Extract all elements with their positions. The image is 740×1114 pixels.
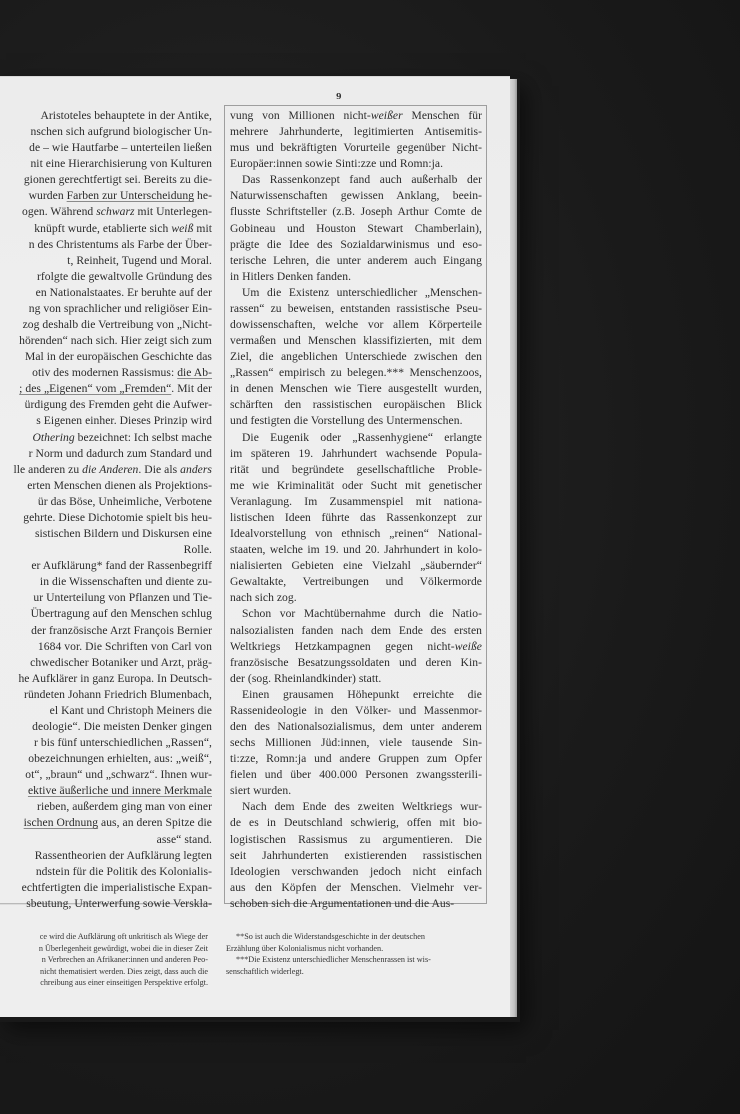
text-line: nit eine Hierarchisierung von Kulturen xyxy=(0,156,212,172)
text-line: chreibung aus einer einseitigen Perspekt… xyxy=(0,977,208,989)
text-segment: vermaßen und Menschen klassifizierten, m… xyxy=(230,334,482,347)
italic-phrase: schwarz xyxy=(96,205,134,218)
text-segment: schoben sich die Argumentationen und die… xyxy=(230,897,454,910)
text-line: Ideologien verschwanden jedoch nicht ein… xyxy=(230,864,482,880)
text-line: t, Reinheit, Tugend und Moral. xyxy=(0,253,212,269)
text-line: en Nationalstaates. Er beruhte auf der xyxy=(0,285,212,301)
text-segment: ürdigung des Fremden geht die Aufwer- xyxy=(25,398,212,411)
underlined-phrase: ischen Ordnung xyxy=(24,816,98,829)
text-line: mus und bekräftigten Vorurteile gegenübe… xyxy=(230,140,482,156)
italic-phrase: weißer xyxy=(371,109,403,122)
text-line: erten Menschen dienen als Projektions- xyxy=(0,478,212,494)
text-segment: Rolle. xyxy=(184,543,212,556)
text-line: in die Wissenschaften und diente zu- xyxy=(0,574,212,590)
text-segment: schärften den rassistischen europäischen… xyxy=(230,398,482,411)
text-segment: Menschen für xyxy=(403,109,482,122)
text-segment: Erzählung über Kolonialismus nicht vorha… xyxy=(226,944,383,953)
text-line: ektive äußerliche und innere Merkmale xyxy=(0,783,212,799)
text-line: und festigten die Vorstellung des Unterm… xyxy=(230,413,482,429)
text-line: prägte die Idee des Sozialdarwinismus un… xyxy=(230,237,482,253)
text-segment: chwedischer Botaniker und Arzt, präg- xyxy=(30,656,212,669)
text-segment: nalsozialisten fanden nach dem Ende des … xyxy=(230,624,482,637)
text-segment: Rassenideologie in den Völker- und Masse… xyxy=(230,704,482,717)
text-segment: de es in Deutschland schwierig, offen mi… xyxy=(230,816,482,829)
text-line: rfolgte die gewaltvolle Gründung des xyxy=(0,269,212,285)
text-line: in Hitlers Denken fanden. xyxy=(230,269,482,285)
text-segment: logistischen Rassismus zu argumentieren.… xyxy=(230,833,482,846)
text-line: Nach dem Ende des zweiten Weltkriegs wur… xyxy=(230,799,482,815)
text-line: n Verbrechen an Afrikaner:innen und ande… xyxy=(0,954,208,966)
text-line: lle anderen zu die Anderen. Die als ande… xyxy=(0,462,212,478)
text-line: Aristoteles behauptete in der Antike, xyxy=(0,108,212,124)
text-segment: obezeichnungen erhielten, aus: „weiß“, xyxy=(28,752,212,765)
footnotes-right: **So ist auch die Widerstandsgeschichte … xyxy=(226,931,484,977)
text-segment: ründeten Johann Friedrich Blumenbach, xyxy=(24,688,212,701)
text-segment: gionen gerechtfertigt sei. Bereits zu di… xyxy=(24,173,212,186)
text-segment: dowissenschaften, welche vor allem Körpe… xyxy=(230,318,482,331)
text-line: 1684 vor. Die Schriften von Carl von xyxy=(0,639,212,655)
text-segment: sechs Millionen Jüd:innen, viele tausend… xyxy=(230,736,482,749)
text-segment: t, Reinheit, Tugend und Moral. xyxy=(67,254,212,267)
text-segment: Aristoteles behauptete in der Antike, xyxy=(40,109,212,122)
text-line: ; des „Eigenen“ vom „Fremden“. Mit der xyxy=(0,381,212,397)
text-line: el Kant und Christoph Meiners die xyxy=(0,703,212,719)
text-segment: prägte die Idee des Sozialdarwinismus un… xyxy=(230,238,482,251)
text-segment: nicht thematisiert werden. Dies zeigt, d… xyxy=(40,967,208,976)
text-line: der (sog. Rheinlandkinder) statt. xyxy=(230,671,482,687)
text-line: de es in Deutschland schwierig, offen mi… xyxy=(230,815,482,831)
italic-phrase: Othering xyxy=(32,431,74,444)
text-segment: Idealvorstellung von ethnisch „reinen“ N… xyxy=(230,527,482,540)
text-segment: he Aufklärer in ganz Europa. In Deutsch- xyxy=(18,672,212,685)
text-segment: Weltkriegs Hetzkampagnen gegen nicht- xyxy=(230,640,455,653)
text-segment: ur Unterteilung von Pflanzen und Tie- xyxy=(33,591,212,604)
text-segment: Die Eugenik oder „Rassenhygiene“ erlangt… xyxy=(242,431,482,444)
text-segment: seit Jahrhunderten existierenden rassist… xyxy=(230,849,482,862)
text-line: ndstein für die Politik des Kolonialis- xyxy=(0,864,212,880)
text-line: Europäer:innen sowie Sinti:zze und Romn:… xyxy=(230,156,482,172)
text-segment: lle anderen zu xyxy=(13,463,82,476)
text-segment: „Rassen“ empirisch zu belegen.*** Mensch… xyxy=(230,366,482,379)
text-segment: Nach dem Ende des zweiten Weltkriegs wur… xyxy=(242,800,482,813)
text-segment: flusste Schriftsteller (z.B. Joseph Arth… xyxy=(230,205,482,218)
text-line: „Rassen“ empirisch zu belegen.*** Mensch… xyxy=(230,365,482,381)
text-line: ***Die Existenz unterschiedlicher Mensch… xyxy=(226,954,484,966)
text-line: ng von sprachlicher und religiöser Ein- xyxy=(0,301,212,317)
text-segment: in die Wissenschaften und diente zu- xyxy=(40,575,212,588)
text-line: Rassentheorien der Aufklärung legten xyxy=(0,848,212,864)
text-line: ründeten Johann Friedrich Blumenbach, xyxy=(0,687,212,703)
text-segment: de – wie Hautfarbe – unterteilen ließen xyxy=(29,141,212,154)
text-segment: französische Besatzungssoldaten und dere… xyxy=(230,656,482,669)
text-segment: aus den Köpfen der Menschen. Vielmehr ve… xyxy=(230,881,482,894)
text-segment: terische Lehren, die unter anderem auch … xyxy=(230,254,482,267)
text-segment: me wie Kriminalität oder Sucht mit genet… xyxy=(230,479,482,492)
text-line: gionen gerechtfertigt sei. Bereits zu di… xyxy=(0,172,212,188)
text-segment: fielen und über 400.000 Personen zwangss… xyxy=(230,768,482,781)
text-line: in denen Menschen wie Tiere ausgestellt … xyxy=(230,381,482,397)
text-line: zog deshalb die Vertreibung von „Nicht- xyxy=(0,317,212,333)
text-segment: asse“ stand. xyxy=(157,833,212,846)
text-segment: Ziel, die angeblichen Unterschiede zwisc… xyxy=(230,350,482,363)
text-line: he Aufklärer in ganz Europa. In Deutsch- xyxy=(0,671,212,687)
text-line: er Aufklärung* fand der Rassenbegriff xyxy=(0,558,212,574)
text-segment: zog deshalb die Vertreibung von „Nicht- xyxy=(23,318,212,331)
text-segment: rieben, außerdem ging man von einer xyxy=(37,800,212,813)
text-segment: Naturwissenschaften gewissen Anklang, be… xyxy=(230,189,482,202)
text-segment: und festigten die Vorstellung des Unterm… xyxy=(230,414,463,427)
text-segment: er Aufklärung* fand der Rassenbegriff xyxy=(31,559,212,572)
text-segment: mit Unterlegen- xyxy=(135,205,212,218)
text-line: Das Rassenkonzept fand auch außerhalb de… xyxy=(230,172,482,188)
text-segment: Um die Existenz unterschiedlicher „Mensc… xyxy=(242,286,482,299)
text-segment: in denen Menschen wie Tiere ausgestellt … xyxy=(230,382,482,395)
text-segment: Das Rassenkonzept fand auch außerhalb de… xyxy=(242,173,482,186)
text-segment: im späteren 19. Jahrhundert wachsende Po… xyxy=(230,447,482,460)
text-segment: r Norm und dadurch zum Standard und xyxy=(29,447,212,460)
text-line: Rolle. xyxy=(0,542,212,558)
text-line: Erzählung über Kolonialismus nicht vorha… xyxy=(226,943,484,955)
text-segment: aus, an deren Spitze die xyxy=(98,816,212,829)
text-segment: bezeichnet: Ich selbst mache xyxy=(75,431,212,444)
text-segment: mehrere Jahrhunderte, legitimierten Anti… xyxy=(230,125,482,138)
text-line: s Eigenen einher. Dieses Prinzip wird xyxy=(0,413,212,429)
text-line: n Überlegenheit gewürdigt, wobei die in … xyxy=(0,943,208,955)
text-segment: nialisierten Gebieten eine Vielzahl „säu… xyxy=(230,559,482,572)
text-segment: ogen. Während xyxy=(22,205,96,218)
text-segment: hörenden“ nach sich. Hier zeigt sich zum xyxy=(19,334,212,347)
text-line: ürdigung des Fremden geht die Aufwer- xyxy=(0,397,212,413)
text-line: me wie Kriminalität oder Sucht mit genet… xyxy=(230,478,482,494)
underlined-phrase: Farben zur Unterscheidung xyxy=(67,189,194,202)
underlined-phrase: die Ab- xyxy=(177,366,212,379)
text-line: logistischen Rassismus zu argumentieren.… xyxy=(230,832,482,848)
text-line: Mal in der europäischen Geschichte das xyxy=(0,349,212,365)
text-line: Übertragung auf den Menschen schlug xyxy=(0,606,212,622)
text-line: Die Eugenik oder „Rassenhygiene“ erlangt… xyxy=(230,430,482,446)
text-segment: vung von Millionen nicht- xyxy=(230,109,371,122)
text-line: Gobineau und Houston Stewart Chamberlain… xyxy=(230,221,482,237)
text-segment: in Hitlers Denken fanden. xyxy=(230,270,351,283)
text-line: otiv des modernen Rassismus: die Ab- xyxy=(0,365,212,381)
italic-phrase: weiße xyxy=(455,640,482,653)
text-line: fielen und über 400.000 Personen zwangss… xyxy=(230,767,482,783)
text-line: flusste Schriftsteller (z.B. Joseph Arth… xyxy=(230,204,482,220)
text-line: Ziel, die angeblichen Unterschiede zwisc… xyxy=(230,349,482,365)
text-segment: n Verbrechen an Afrikaner:innen und ande… xyxy=(42,955,208,964)
text-line: nach sich zog. xyxy=(230,590,482,606)
text-segment: Rassentheorien der Aufklärung legten xyxy=(35,849,212,862)
text-segment: he- xyxy=(194,189,212,202)
text-segment: erten Menschen dienen als Projektions- xyxy=(27,479,212,492)
text-line: n des Christentums als Farbe der Über- xyxy=(0,237,212,253)
text-segment: ce wird die Aufklärung oft unkritisch al… xyxy=(40,932,208,941)
text-line: rassen“ zu beweisen, entstanden rassisti… xyxy=(230,301,482,317)
book-page: 9 Aristoteles behauptete in der Antike,n… xyxy=(0,76,510,1017)
text-line: rieben, außerdem ging man von einer xyxy=(0,799,212,815)
text-segment: ndstein für die Politik des Kolonialis- xyxy=(36,865,212,878)
underlined-phrase: ; des „Eigenen“ vom „Fremden“ xyxy=(19,382,171,395)
text-line: schärften den rassistischen europäischen… xyxy=(230,397,482,413)
text-line: ischen Ordnung aus, an deren Spitze die xyxy=(0,815,212,831)
text-segment: Ideologien verschwanden jedoch nicht ein… xyxy=(230,865,482,878)
left-column-text: Aristoteles behauptete in der Antike,nsc… xyxy=(0,108,212,912)
italic-phrase: anders xyxy=(180,463,212,476)
text-line: Gewaltakte, Vertreibungen und Völkermord… xyxy=(230,574,482,590)
page-edge xyxy=(510,79,517,1017)
text-line: sistischen Bildern und Diskursen eine xyxy=(0,526,212,542)
text-line: ot“, „braun“ und „schwarz“. Ihnen wur- xyxy=(0,767,212,783)
text-segment: s Eigenen einher. Dieses Prinzip wird xyxy=(36,414,212,427)
page-top-edge xyxy=(0,76,510,77)
text-line: **So ist auch die Widerstandsgeschichte … xyxy=(226,931,484,943)
text-segment: . Die als xyxy=(138,463,180,476)
text-line: listischen Ideen führte das Rassenkonzep… xyxy=(230,510,482,526)
text-line: schoben sich die Argumentationen und die… xyxy=(230,896,482,912)
text-segment: wurden xyxy=(29,189,67,202)
underlined-phrase: ektive äußerliche und innere Merkmale xyxy=(28,784,212,797)
text-segment: n Überlegenheit gewürdigt, wobei die in … xyxy=(39,944,208,953)
text-segment: knüpft wurde, etablierte sich xyxy=(34,222,171,235)
text-line: r Norm und dadurch zum Standard und xyxy=(0,446,212,462)
text-segment: Übertragung auf den Menschen schlug xyxy=(31,607,212,620)
text-segment: en Nationalstaates. Er beruhte auf der xyxy=(36,286,212,299)
text-segment: der (sog. Rheinlandkinder) statt. xyxy=(230,672,381,685)
text-segment: Gobineau und Houston Stewart Chamberlain… xyxy=(230,222,482,235)
text-line: Schon vor Machtübernahme durch die Natio… xyxy=(230,606,482,622)
right-column-box: vung von Millionen nicht-weißer Menschen… xyxy=(224,105,487,904)
text-segment: ***Die Existenz unterschiedlicher Mensch… xyxy=(236,955,431,964)
text-segment: el Kant und Christoph Meiners die xyxy=(50,704,212,717)
text-line: nschen sich aufgrund biologischer Un- xyxy=(0,124,212,140)
text-segment: n des Christentums als Farbe der Über- xyxy=(29,238,212,251)
text-line: Veranlagung. Im Zusammenspiel mit nation… xyxy=(230,494,482,510)
text-line: chwedischer Botaniker und Arzt, präg- xyxy=(0,655,212,671)
text-segment: mit xyxy=(193,222,212,235)
text-line: ti:zze, Romn:ja und andere Gruppen zum O… xyxy=(230,751,482,767)
text-line: den des Nationalsozialismus, dem unter a… xyxy=(230,719,482,735)
text-line: nicht thematisiert werden. Dies zeigt, d… xyxy=(0,966,208,978)
text-segment: nschen sich aufgrund biologischer Un- xyxy=(30,125,212,138)
text-segment: der französische Arzt François Bernier xyxy=(31,624,212,637)
text-line: Idealvorstellung von ethnisch „reinen“ N… xyxy=(230,526,482,542)
text-segment: Gewaltakte, Vertreibungen und Völkermord… xyxy=(230,575,482,588)
text-line: seit Jahrhunderten existierenden rassist… xyxy=(230,848,482,864)
text-segment: ot“, „braun“ und „schwarz“. Ihnen wur- xyxy=(25,768,212,781)
text-segment: sbeutung, Unterwerfung sowie Verskla- xyxy=(26,897,212,910)
text-line: vung von Millionen nicht-weißer Menschen… xyxy=(230,108,482,124)
text-segment: ng von sprachlicher und religiöser Ein- xyxy=(29,302,212,315)
text-line: ce wird die Aufklärung oft unkritisch al… xyxy=(0,931,208,943)
text-line: Um die Existenz unterschiedlicher „Mensc… xyxy=(230,285,482,301)
text-line: Einen grausamen Höhepunkt erreichte die xyxy=(230,687,482,703)
text-line: Naturwissenschaften gewissen Anklang, be… xyxy=(230,188,482,204)
right-column-text: vung von Millionen nicht-weißer Menschen… xyxy=(230,108,482,912)
text-segment: mus und bekräftigten Vorurteile gegenübe… xyxy=(230,141,482,154)
text-line: hörenden“ nach sich. Hier zeigt sich zum xyxy=(0,333,212,349)
text-line: nalsozialisten fanden nach dem Ende des … xyxy=(230,623,482,639)
text-segment: Mal in der europäischen Geschichte das xyxy=(25,350,212,363)
text-line: Othering bezeichnet: Ich selbst mache xyxy=(0,430,212,446)
text-line: r bis fünf unterschiedlichen „Rassen“, xyxy=(0,735,212,751)
text-segment: . Mit der xyxy=(171,382,212,395)
text-segment: deologie“. Die meisten Denker gingen xyxy=(32,720,212,733)
text-line: mehrere Jahrhunderte, legitimierten Anti… xyxy=(230,124,482,140)
text-line: wurden Farben zur Unterscheidung he- xyxy=(0,188,212,204)
text-segment: 1684 vor. Die Schriften von Carl von xyxy=(38,640,212,653)
text-line: Rassenideologie in den Völker- und Masse… xyxy=(230,703,482,719)
text-line: im späteren 19. Jahrhundert wachsende Po… xyxy=(230,446,482,462)
page-number: 9 xyxy=(0,91,510,101)
text-segment: nit eine Hierarchisierung von Kulturen xyxy=(30,157,212,170)
text-line: Weltkriegs Hetzkampagnen gegen nicht-wei… xyxy=(230,639,482,655)
text-segment: Einen grausamen Höhepunkt erreichte die xyxy=(242,688,482,701)
text-line: nialisierten Gebieten eine Vielzahl „säu… xyxy=(230,558,482,574)
italic-phrase: die Anderen xyxy=(82,463,138,476)
text-segment: nach sich zog. xyxy=(230,591,297,604)
text-segment: ür das Böse, Unheimliche, Verbotene xyxy=(38,495,212,508)
text-line: staaten, welche im 19. und 20. Jahrhunde… xyxy=(230,542,482,558)
text-segment: echtfertigten die imperialistische Expan… xyxy=(22,881,212,894)
text-segment: chreibung aus einer einseitigen Perspekt… xyxy=(40,978,208,987)
text-segment: rität und begründete gesellschaftliche P… xyxy=(230,463,482,476)
text-line: ür das Böse, Unheimliche, Verbotene xyxy=(0,494,212,510)
text-line: knüpft wurde, etablierte sich weiß mit xyxy=(0,221,212,237)
text-segment: otiv des modernen Rassismus: xyxy=(32,366,177,379)
text-segment: senschaftlich widerlegt. xyxy=(226,967,304,976)
text-line: vermaßen und Menschen klassifizierten, m… xyxy=(230,333,482,349)
text-segment: den des Nationalsozialismus, dem unter a… xyxy=(230,720,482,733)
text-line: französische Besatzungssoldaten und dere… xyxy=(230,655,482,671)
text-line: ur Unterteilung von Pflanzen und Tie- xyxy=(0,590,212,606)
text-segment: staaten, welche im 19. und 20. Jahrhunde… xyxy=(230,543,482,556)
text-line: aus den Köpfen der Menschen. Vielmehr ve… xyxy=(230,880,482,896)
text-segment: gehrte. Diese Dichotomie spielt bis heu- xyxy=(23,511,212,524)
text-segment: Schon vor Machtübernahme durch die Natio… xyxy=(242,607,482,620)
text-segment: siert wurden. xyxy=(230,784,291,797)
text-line: asse“ stand. xyxy=(0,832,212,848)
text-segment: rassen“ zu beweisen, entstanden rassisti… xyxy=(230,302,482,315)
text-line: ogen. Während schwarz mit Unterlegen- xyxy=(0,204,212,220)
text-line: der französische Arzt François Bernier xyxy=(0,623,212,639)
text-segment: Veranlagung. Im Zusammenspiel mit nation… xyxy=(230,495,482,508)
text-segment: listischen Ideen führte das Rassenkonzep… xyxy=(230,511,482,524)
text-line: senschaftlich widerlegt. xyxy=(226,966,484,978)
text-line: terische Lehren, die unter anderem auch … xyxy=(230,253,482,269)
text-line: de – wie Hautfarbe – unterteilen ließen xyxy=(0,140,212,156)
text-line: echtfertigten die imperialistische Expan… xyxy=(0,880,212,896)
text-line: sbeutung, Unterwerfung sowie Verskla- xyxy=(0,896,212,912)
italic-phrase: weiß xyxy=(171,222,193,235)
text-segment: rfolgte die gewaltvolle Gründung des xyxy=(37,270,212,283)
text-segment: r bis fünf unterschiedlichen „Rassen“, xyxy=(34,736,212,749)
text-segment: Europäer:innen sowie Sinti:zze und Romn:… xyxy=(230,157,443,170)
text-line: deologie“. Die meisten Denker gingen xyxy=(0,719,212,735)
text-segment: ti:zze, Romn:ja und andere Gruppen zum O… xyxy=(230,752,482,765)
text-line: sechs Millionen Jüd:innen, viele tausend… xyxy=(230,735,482,751)
text-line: dowissenschaften, welche vor allem Körpe… xyxy=(230,317,482,333)
text-line: rität und begründete gesellschaftliche P… xyxy=(230,462,482,478)
text-line: gehrte. Diese Dichotomie spielt bis heu- xyxy=(0,510,212,526)
text-segment: **So ist auch die Widerstandsgeschichte … xyxy=(236,932,425,941)
text-line: obezeichnungen erhielten, aus: „weiß“, xyxy=(0,751,212,767)
text-line: siert wurden. xyxy=(230,783,482,799)
text-segment: sistischen Bildern und Diskursen eine xyxy=(35,527,212,540)
footnotes-left: ce wird die Aufklärung oft unkritisch al… xyxy=(0,931,208,989)
left-column: Aristoteles behauptete in der Antike,nsc… xyxy=(0,106,212,904)
